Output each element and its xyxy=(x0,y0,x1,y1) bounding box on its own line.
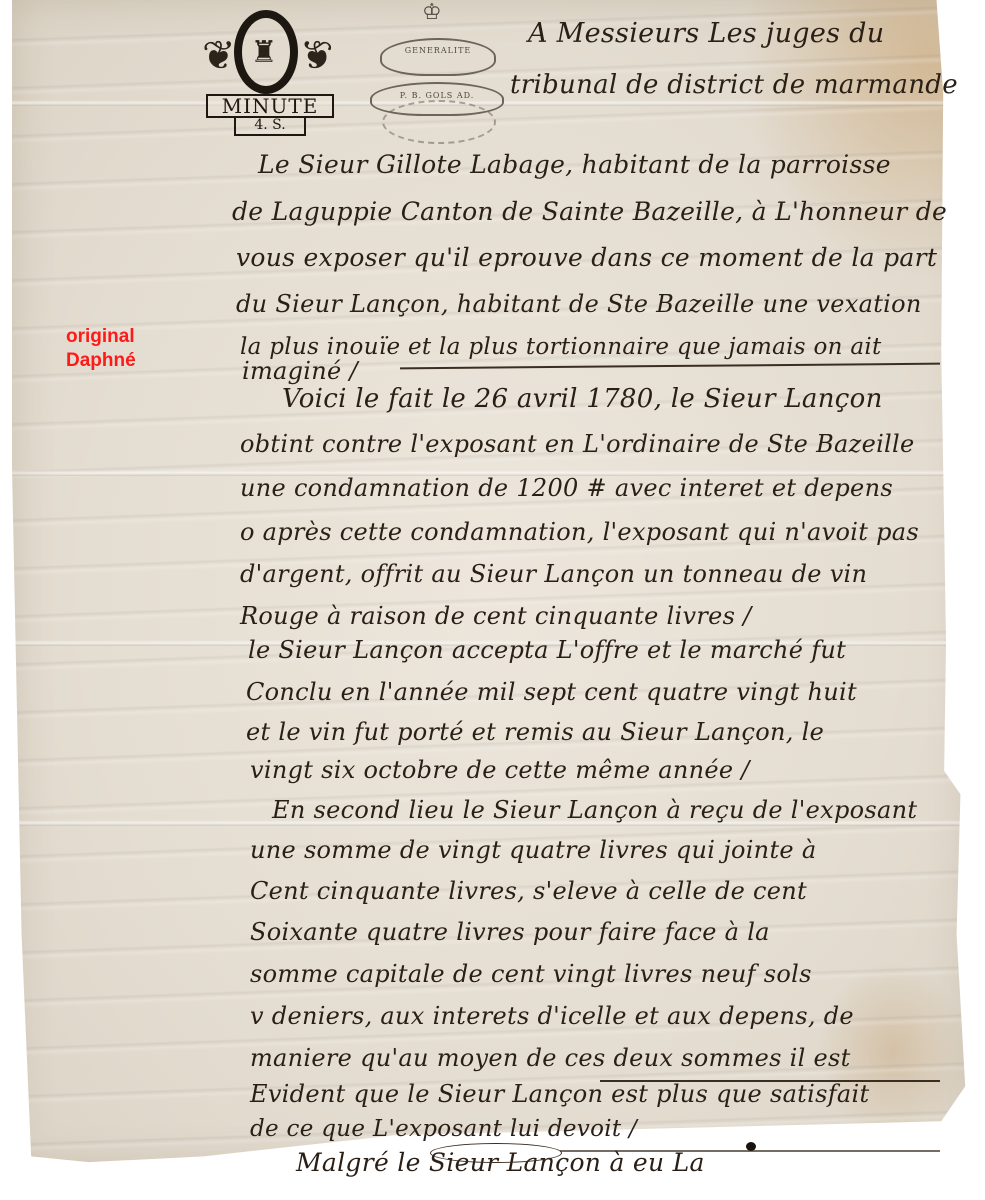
closing-flourish xyxy=(430,1143,562,1163)
body-line: vingt six octobre de cette même année / xyxy=(250,756,750,784)
laurel-branch-icon: ❦ xyxy=(202,26,236,86)
watermark-label: original Daphné xyxy=(66,325,136,373)
body-line: Rouge à raison de cent cinquante livres … xyxy=(240,602,752,630)
body-line: maniere qu'au moyen de ces deux sommes i… xyxy=(250,1044,851,1072)
body-line: Le Sieur Gillote Labage, habitant de la … xyxy=(258,150,891,179)
body-line: Voici le fait le 26 avril 1780, le Sieur… xyxy=(282,384,883,414)
ornate-generalite-stamp: ♔ GENERALITE P. B. GOLS AD. xyxy=(366,0,506,140)
laurel-branch-icon: ❦ xyxy=(300,26,334,86)
body-line: obtint contre l'exposant en L'ordinaire … xyxy=(240,430,915,458)
watermark-line-2: Daphné xyxy=(66,349,136,373)
ink-blot xyxy=(746,1142,756,1151)
watermark-line-1: original xyxy=(66,325,136,349)
body-line: o après cette condamnation, l'exposant q… xyxy=(240,518,919,546)
body-line: de ce que L'exposant lui devoit / xyxy=(250,1116,637,1142)
body-line: et le vin fut porté et remis au Sieur La… xyxy=(246,718,824,746)
body-line: imaginé / xyxy=(242,357,358,385)
body-line: d'argent, offrit au Sieur Lançon un tonn… xyxy=(240,560,867,588)
crown-icon: ♔ xyxy=(422,0,442,25)
body-line: Conclu en l'année mil sept cent quatre v… xyxy=(246,678,857,706)
body-line: une condamnation de 1200 # avec interet … xyxy=(240,474,893,502)
body-line: Evident que le Sieur Lançon est plus que… xyxy=(250,1080,869,1108)
line-filler-rule xyxy=(600,1080,940,1082)
body-line: le Sieur Lançon accepta L'offre et le ma… xyxy=(248,636,846,664)
address-line-1: A Messieurs Les juges du xyxy=(528,18,884,49)
address-line-2: tribunal de district de marmande xyxy=(510,70,958,100)
body-line: vous exposer qu'il eprouve dans ce momen… xyxy=(236,243,937,272)
body-line: En second lieu le Sieur Lançon à reçu de… xyxy=(272,796,917,824)
stamp-label: MINUTE xyxy=(206,94,334,118)
body-line: v deniers, aux interets d'icelle et aux … xyxy=(250,1002,854,1030)
body-line: de Laguppie Canton de Sainte Bazeille, à… xyxy=(232,197,947,226)
seated-figure-icon: ♜ xyxy=(250,32,278,74)
ornamental-swirl-icon xyxy=(382,100,496,144)
body-line: Cent cinquante livres, s'eleve à celle d… xyxy=(250,877,807,905)
body-line: somme capitale de cent vingt livres neuf… xyxy=(250,960,812,988)
body-line: une somme de vingt quatre livres qui joi… xyxy=(250,836,816,864)
body-line: Soixante quatre livres pour faire face à… xyxy=(250,918,770,946)
stamp-band-top: GENERALITE xyxy=(380,38,496,76)
body-line: du Sieur Lançon, habitant de Ste Bazeill… xyxy=(236,290,922,318)
minute-fiscal-stamp: ❦ ❦ ♜ MINUTE 4. S. xyxy=(198,2,338,138)
stamp-price: 4. S. xyxy=(234,116,306,136)
